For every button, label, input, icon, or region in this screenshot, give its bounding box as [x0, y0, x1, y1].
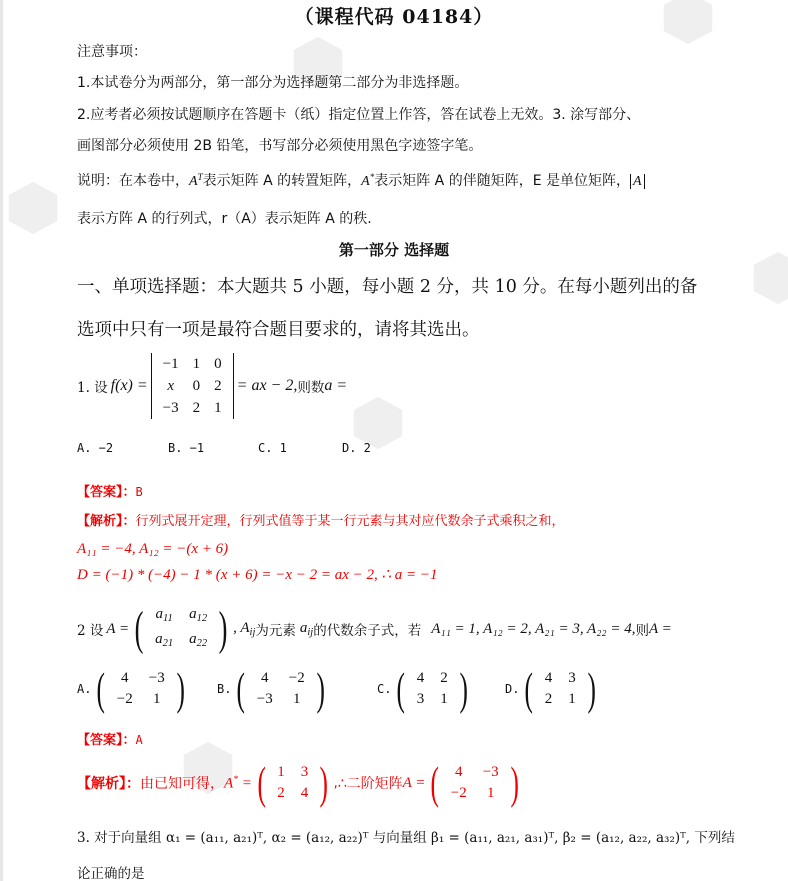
- q2-adjugate-matrix: (1324): [254, 760, 332, 806]
- q2-option-c[interactable]: C. (4231): [377, 666, 473, 712]
- notes-heading: 注意事项：: [77, 41, 147, 61]
- q2-mid2: 的代数余子式，若: [313, 619, 421, 639]
- q2-analysis: 【解析】： 由已知可得， A* = (1324) , ∴二阶矩阵 A = (4−…: [77, 760, 524, 806]
- analysis-text: 行列式展开定理，行列式值等于某一行元素与其对应代数余子式乘积之和，: [136, 514, 565, 529]
- answer-value: B: [136, 485, 143, 499]
- q1-option-b[interactable]: B. −1: [168, 441, 204, 455]
- watermark-icon: [5, 180, 61, 236]
- q1-formula-1: A₁₁ = −4, A₁₂ = −(x + 6): [77, 541, 228, 558]
- analysis-mid: ∴二阶矩阵: [338, 773, 403, 793]
- q2-mid: 为元素: [255, 619, 296, 639]
- q1-function: f(x) =: [111, 377, 148, 395]
- q2-option-a[interactable]: A. (4−3−21): [77, 666, 190, 712]
- explain-adjugate: 表示矩阵 A 的伴随矩阵，E 是单位矩阵，: [374, 173, 630, 189]
- q1-formula-2: D = (−1) * (−4) − 1 * (x + 6) = −x − 2 =…: [77, 565, 438, 584]
- q1-option-c[interactable]: C. 1: [258, 441, 287, 455]
- question-1-stem: 1. 设 f(x) = −110 x02 −321 = ax − 2, 则数 a…: [77, 353, 347, 419]
- q1-rhs: = ax − 2,: [237, 377, 298, 395]
- q1-option-d[interactable]: D. 2: [342, 441, 371, 455]
- explain-prefix: 说明：在本卷中，: [77, 173, 189, 189]
- question-3-line-1: 3. 对于向量组 α₁ = (a₁₁, a₂₁)ᵀ, α₂ = (a₁₂, a₂…: [77, 826, 735, 846]
- q2-tail: 则: [636, 619, 650, 639]
- analysis-text: 由已知可得，: [140, 773, 224, 793]
- note-item-1: 1.本试卷分为两部分，第一部分为选择题第二部分为非选择题。: [77, 72, 468, 92]
- section-title: 第一部分 选择题: [0, 239, 788, 260]
- section-instructions-line-2: 选项中只有一项是最符合题目要求的，请将其选出。: [77, 316, 480, 341]
- explain-transpose: 表示矩阵 A 的转置矩阵，: [203, 173, 361, 189]
- q1-tail: 则数: [297, 376, 324, 396]
- q2-option-d[interactable]: D. (4321): [505, 666, 601, 712]
- notation-explanation-line-2: 表示方阵 A 的行列式，r（A）表示矩阵 A 的秩.: [77, 208, 372, 228]
- notation-explanation: 说明：在本卷中，AT表示矩阵 A 的转置矩阵，A*表示矩阵 A 的伴随矩阵，E …: [77, 170, 645, 190]
- course-code-title: （课程代码 04184）: [0, 2, 788, 29]
- q1-tail-var: a =: [324, 377, 347, 395]
- q1-determinant: −110 x02 −321: [151, 353, 234, 419]
- q2-option-b[interactable]: B. (4−2−31): [217, 666, 330, 712]
- adjugate-symbol: A*: [361, 174, 374, 189]
- question-2-stem: 2 设 A = ( a11a12 a21a22 ) , Aij 为元素 aij …: [77, 604, 672, 654]
- q2-prefix: 2 设: [77, 619, 103, 639]
- determinant-symbol: A: [630, 174, 645, 189]
- q2-tail-var: A =: [649, 621, 672, 638]
- q2-matrix: ( a11a12 a21a22 ): [131, 604, 231, 654]
- q1-analysis: 【解析】：行列式展开定理，行列式值等于某一行元素与其对应代数余子式乘积之和，: [77, 510, 565, 529]
- question-3-line-2: 论正确的是: [77, 862, 145, 881]
- answer-label: 【答案】：: [77, 733, 136, 748]
- q2-condition: A₁₁ = 1, A₁₂ = 2, A₂₁ = 3, A₂₂ = 4,: [431, 621, 635, 638]
- q1-option-a[interactable]: A. −2: [77, 441, 113, 455]
- answer-label: 【答案】：: [77, 485, 136, 500]
- q1-answer: 【答案】：B: [77, 481, 143, 500]
- analysis-label: 【解析】：: [77, 514, 136, 529]
- note-item-2-line-2: 画图部分必须使用 2B 铅笔，书写部分必须使用黑色字迹签字笔。: [77, 135, 482, 155]
- answer-value: A: [136, 733, 143, 747]
- q2-result-matrix: (4−3−21): [427, 760, 522, 806]
- transpose-symbol: AT: [189, 174, 203, 189]
- q2-answer: 【答案】：A: [77, 729, 143, 748]
- exam-page: （课程代码 04184） 注意事项： 1.本试卷分为两部分，第一部分为选择题第二…: [0, 0, 788, 881]
- analysis-label: 【解析】：: [77, 773, 140, 793]
- section-instructions-line-1: 一、单项选择题：本大题共 5 小题，每小题 2 分，共 10 分。在每小题列出的…: [77, 273, 697, 298]
- q1-prefix: 1. 设: [77, 376, 108, 396]
- note-item-2-line-1: 2.应考者必须按试题顺序在答题卡（纸）指定位置上作答，答在试卷上无效。3. 涂写…: [77, 104, 640, 124]
